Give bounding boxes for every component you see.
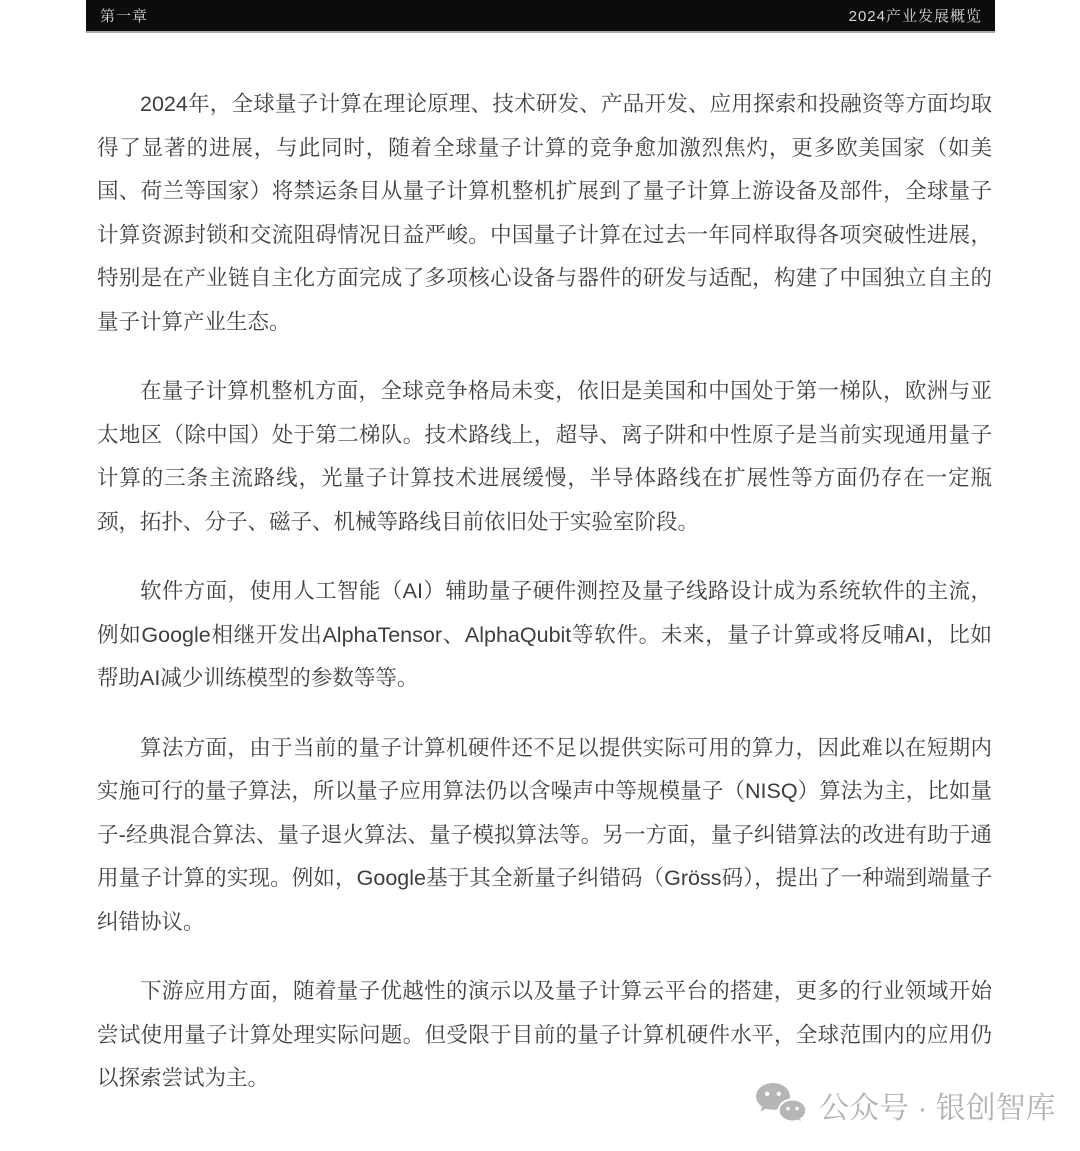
paragraph-algorithms: 算法方面，由于当前的量子计算机硬件还不足以提供实际可用的算力，因此难以在短期内实…: [97, 727, 992, 945]
paragraph-hardware: 在量子计算机整机方面，全球竞争格局未变，依旧是美国和中国处于第一梯队，欧洲与亚太…: [97, 370, 992, 544]
watermark-text: 公众号 · 银创智库: [819, 1083, 1056, 1127]
paragraph-applications: 下游应用方面，随着量子优越性的演示以及量子计算云平台的搭建，更多的行业领域开始尝…: [97, 970, 992, 1101]
section-title-label: 2024产业发展概览: [849, 5, 982, 26]
wechat-icon: [755, 1082, 807, 1128]
document-body: 2024年，全球量子计算在理论原理、技术研发、产品开发、应用探索和投融资等方面均…: [97, 83, 992, 1127]
paragraph-overview: 2024年，全球量子计算在理论原理、技术研发、产品开发、应用探索和投融资等方面均…: [97, 83, 992, 344]
page-header-bar: 第一章 2024产业发展概览: [86, 0, 995, 33]
watermark: 公众号 · 银创智库: [755, 1082, 1056, 1128]
paragraph-software: 软件方面，使用人工智能（AI）辅助量子硬件测控及量子线路设计成为系统软件的主流，…: [97, 570, 992, 701]
chapter-label: 第一章: [100, 5, 148, 26]
document-page: 第一章 2024产业发展概览 2024年，全球量子计算在理论原理、技术研发、产品…: [0, 0, 1080, 1151]
